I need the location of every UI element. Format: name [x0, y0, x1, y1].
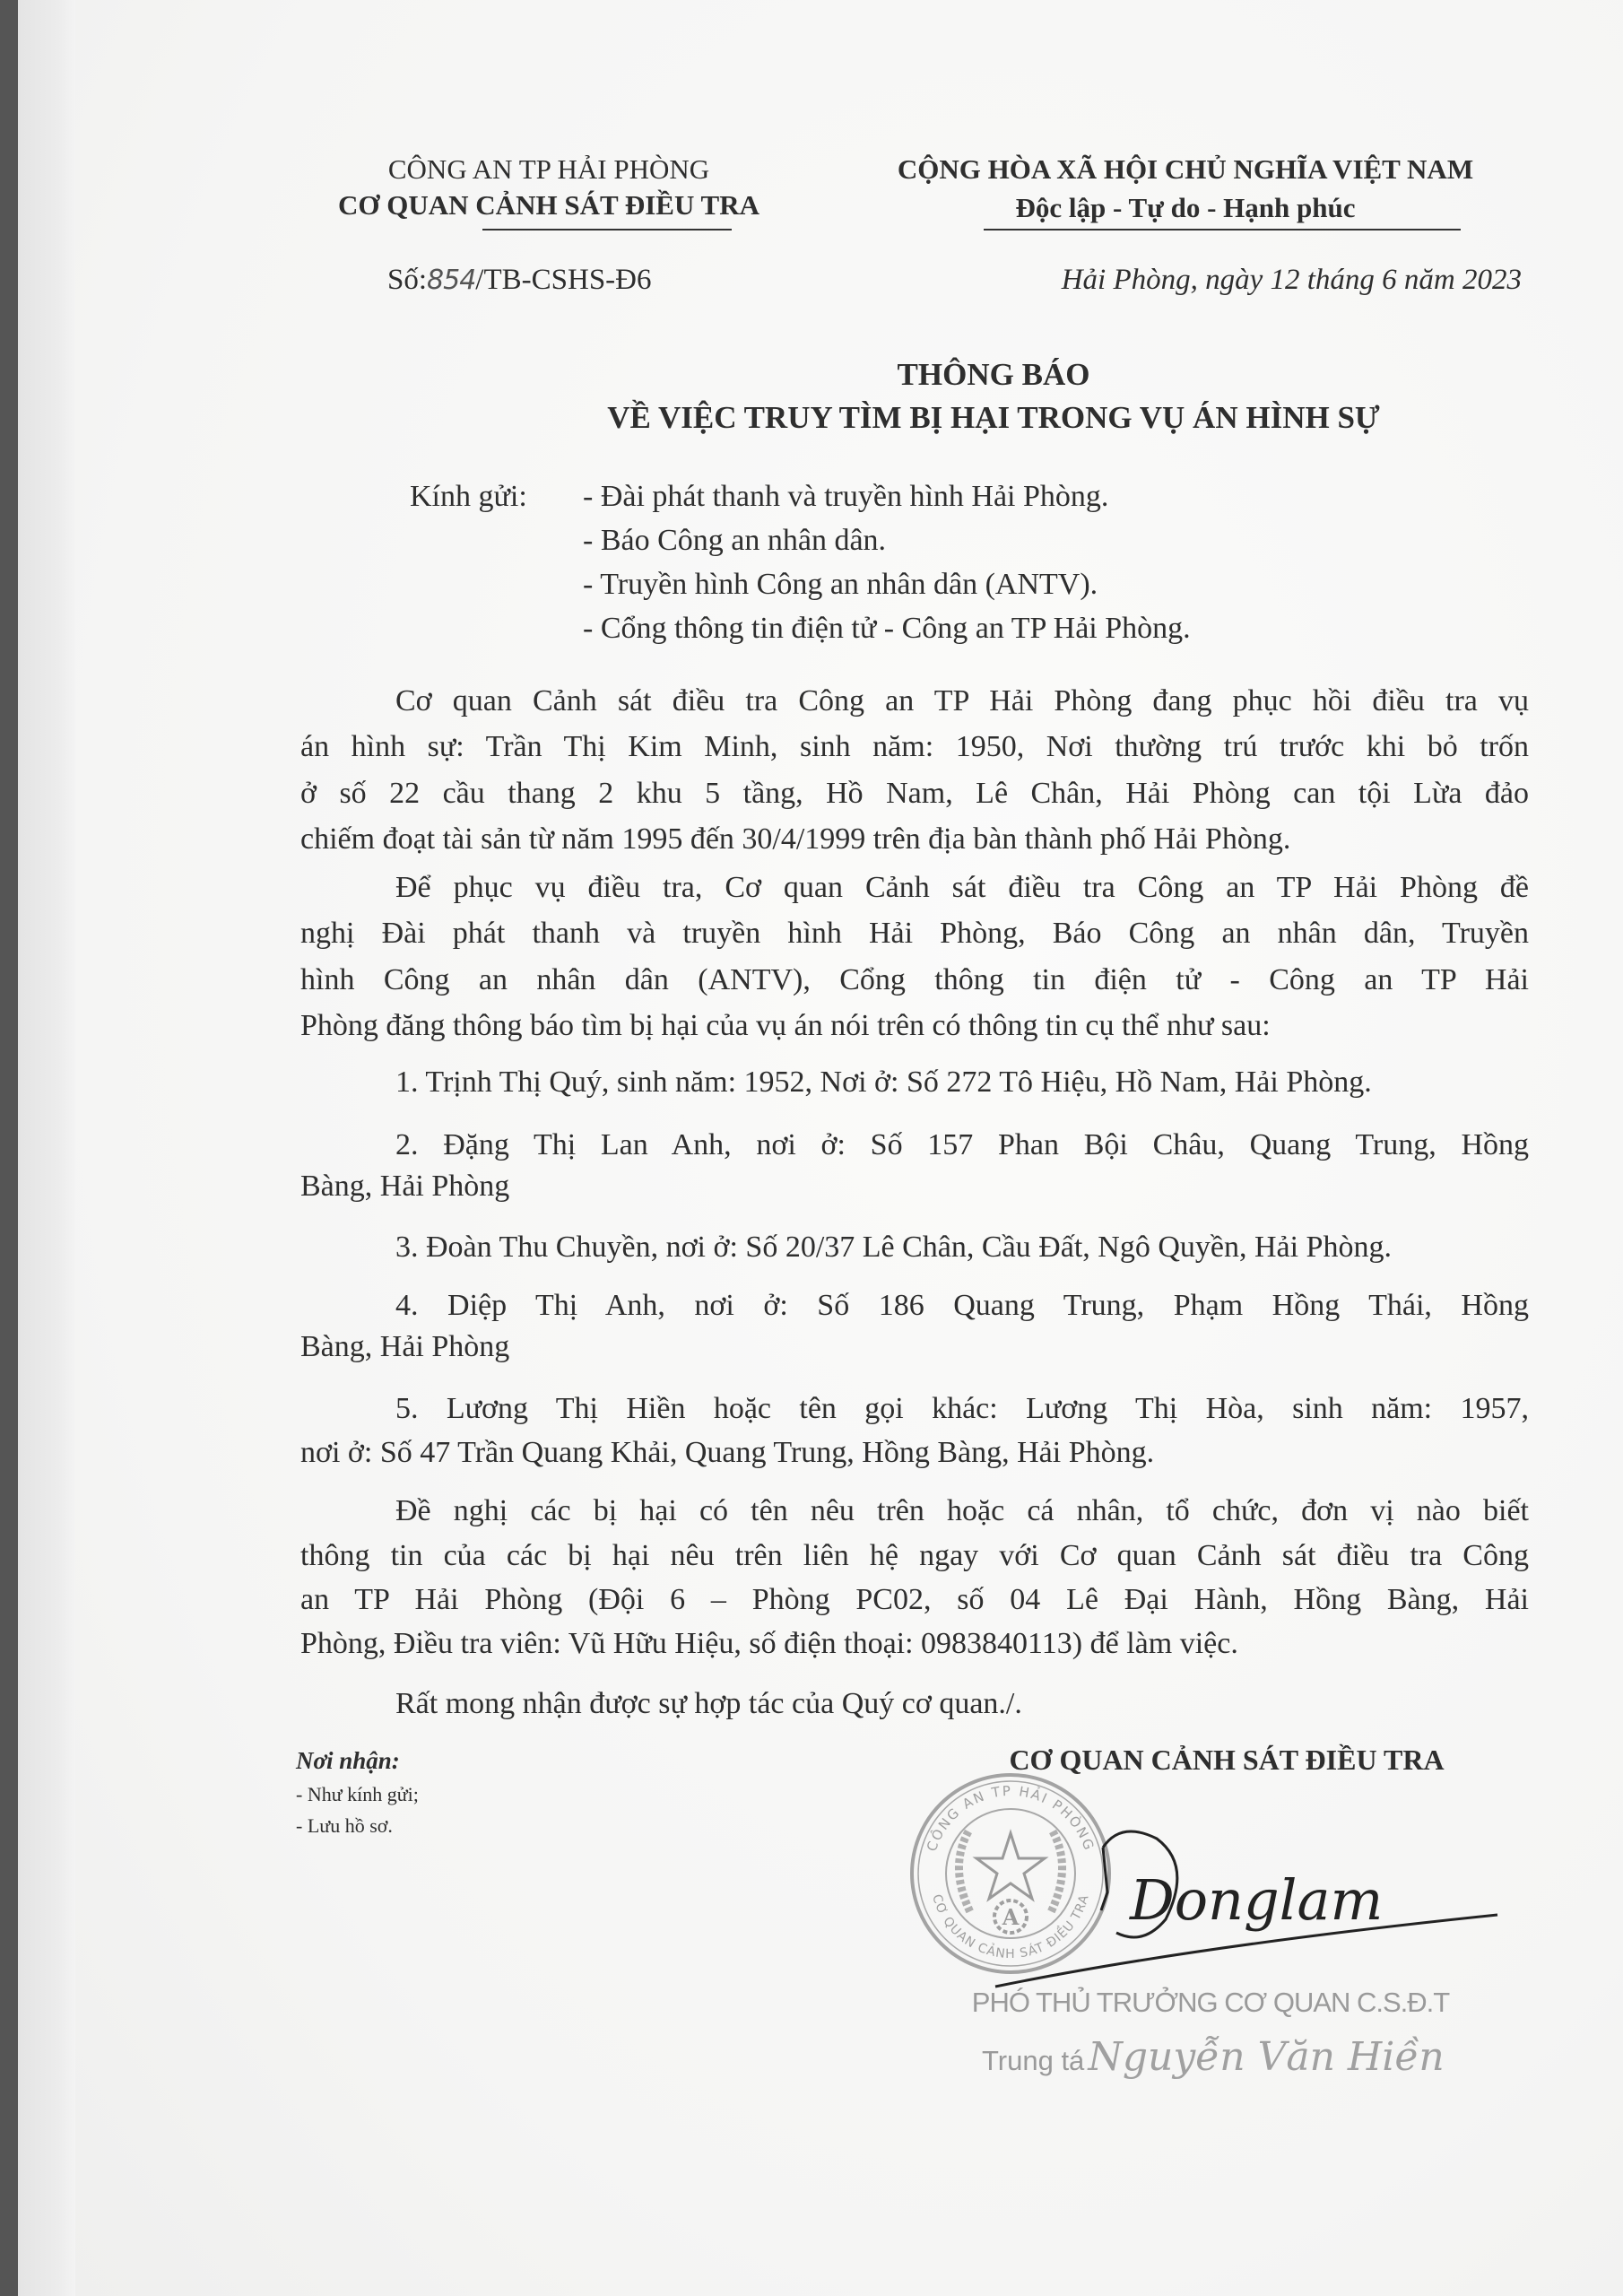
victim-item: 5. Lương Thị Hiền hoặc tên gọi khác: Lươ… [395, 1391, 1529, 1427]
victim-item: 2. Đặng Thị Lan Anh, nơi ở: Số 157 Phan … [395, 1127, 1529, 1163]
paragraph-line: Phòng đăng thông báo tìm bị hại của vụ á… [300, 1008, 1271, 1044]
paragraph-line: án hình sự: Trần Thị Kim Minh, sinh năm:… [300, 729, 1529, 765]
doc-number-handwritten: 854 [427, 265, 475, 296]
doc-number-prefix: Số: [387, 264, 427, 296]
agency-name: CƠ QUAN CẢNH SÁT ĐIỀU TRA [338, 188, 759, 222]
agency-underline [482, 229, 732, 230]
place-date: Hải Phòng, ngày 12 tháng 6 năm 2023 [1062, 264, 1522, 297]
signer-rank: Trung tá [982, 2045, 1084, 2076]
agency-parent: CÔNG AN TP HẢI PHÒNG [388, 152, 709, 187]
victim-item: 3. Đoàn Thu Chuyền, nơi ở: Số 20/37 Lê C… [395, 1230, 1392, 1265]
paragraph-line: an TP Hải Phòng (Đội 6 – Phòng PC02, số … [300, 1582, 1529, 1618]
signer-position: PHÓ THỦ TRƯỞNG CƠ QUAN C.S.Đ.T [972, 1987, 1449, 2019]
svg-text:Donglam: Donglam [1129, 1867, 1383, 1933]
paragraph-line: Để phục vụ điều tra, Cơ quan Cảnh sát đi… [395, 870, 1529, 906]
paragraph-line: thông tin của các bị hại nêu trên liên h… [300, 1538, 1529, 1574]
victim-item-continued: Bàng, Hải Phòng [300, 1329, 509, 1365]
recipient-item: - Truyền hình Công an nhân dân (ANTV). [583, 567, 1098, 603]
national-motto: Độc lập - Tự do - Hạnh phúc [1016, 191, 1356, 225]
paragraph-line: nghị Đài phát thanh và truyền hình Hải P… [300, 916, 1529, 952]
document-subtitle: VỀ VIỆC TRUY TÌM BỊ HẠI TRONG VỤ ÁN HÌNH… [607, 400, 1380, 436]
doc-number-suffix: /TB-CSHS-Đ6 [475, 264, 651, 296]
paragraph-line: hình Công an nhân dân (ANTV), Cổng thông… [300, 962, 1529, 998]
cc-item: - Lưu hồ sơ. [296, 1814, 393, 1838]
recipient-item: - Báo Công an nhân dân. [583, 523, 886, 559]
victim-item-continued: nơi ở: Số 47 Trần Quang Khải, Quang Trun… [300, 1435, 1154, 1471]
paragraph-line: Đề nghị các bị hại có tên nêu trên hoặc … [395, 1493, 1529, 1529]
victim-item: 1. Trịnh Thị Quý, sinh năm: 1952, Nơi ở:… [395, 1065, 1372, 1100]
handwritten-signature: Donglam [968, 1812, 1506, 2000]
paragraph-line: chiếm đoạt tài sản từ năm 1995 đến 30/4/… [300, 822, 1290, 857]
document-title: THÔNG BÁO [898, 357, 1090, 393]
national-title: CỘNG HÒA XÃ HỘI CHỦ NGHĨA VIỆT NAM [898, 152, 1473, 187]
paragraph-line: Cơ quan Cảnh sát điều tra Công an TP Hải… [395, 683, 1529, 719]
motto-underline [984, 229, 1461, 230]
recipient-item: - Đài phát thanh và truyền hình Hải Phòn… [583, 479, 1108, 515]
cc-item: - Như kính gửi; [296, 1783, 419, 1806]
recipients-label: Kính gửi: [410, 479, 527, 515]
paragraph-line: Phòng, Điều tra viên: Vũ Hữu Hiệu, số đi… [300, 1626, 1238, 1662]
signer-name: Nguyễn Văn Hiền [1088, 2034, 1444, 2080]
victim-item: 4. Diệp Thị Anh, nơi ở: Số 186 Quang Tru… [395, 1288, 1529, 1324]
signing-organization: CƠ QUAN CẢNH SÁT ĐIỀU TRA [1009, 1744, 1444, 1777]
document-number: Số:854/TB-CSHS-Đ6 [387, 264, 652, 297]
scan-edge [0, 0, 18, 2296]
signer-name-block: Trung tá Nguyễn Văn Hiền [982, 2034, 1445, 2080]
paper-fold-shadow [18, 0, 75, 2296]
recipient-item: - Cổng thông tin điện tử - Công an TP Hả… [583, 611, 1191, 647]
cc-label: Nơi nhận: [296, 1747, 400, 1775]
victim-item-continued: Bàng, Hải Phòng [300, 1169, 509, 1205]
paragraph-line: ở số 22 cầu thang 2 khu 5 tầng, Hồ Nam, … [300, 776, 1529, 812]
closing-sentence: Rất mong nhận được sự hợp tác của Quý cơ… [395, 1686, 1022, 1722]
